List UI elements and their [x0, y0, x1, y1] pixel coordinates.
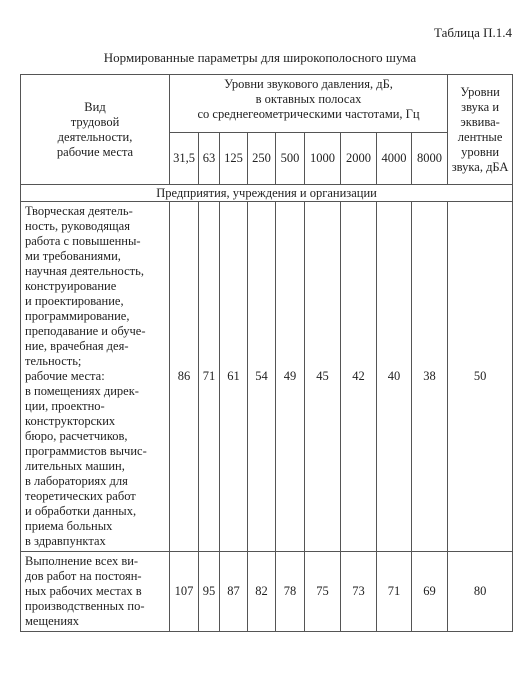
value-cell: 78: [276, 552, 305, 632]
header-frequency-7: 4000: [377, 133, 412, 185]
header-frequency-0: 31,5: [170, 133, 199, 185]
activity-cell: Творческая деятель- ность, руководящая р…: [21, 202, 170, 552]
section-row: Предприятия, учреждения и организации: [21, 185, 513, 202]
table-number: Таблица П.1.4: [434, 25, 512, 41]
value-cell: 75: [305, 552, 341, 632]
header-frequency-group: Уровни звукового давления, дБ, в октавны…: [170, 75, 448, 133]
header-frequency-6: 2000: [341, 133, 377, 185]
header-frequency-5: 1000: [305, 133, 341, 185]
value-cell: 71: [199, 202, 220, 552]
value-cell: 71: [377, 552, 412, 632]
value-cell: 95: [199, 552, 220, 632]
table-row: Выполнение всех ви- дов работ на постоян…: [21, 552, 513, 632]
header-activity: Вид трудовой деятельности, рабочие места: [21, 75, 170, 185]
table-row: Творческая деятель- ность, руководящая р…: [21, 202, 513, 552]
section-title: Предприятия, учреждения и организации: [21, 185, 513, 202]
value-cell: 61: [220, 202, 248, 552]
header-frequency-2: 125: [220, 133, 248, 185]
value-cell: 38: [412, 202, 448, 552]
level-cell: 50: [448, 202, 513, 552]
activity-cell: Выполнение всех ви- дов работ на постоян…: [21, 552, 170, 632]
header-frequency-3: 250: [248, 133, 276, 185]
value-cell: 42: [341, 202, 377, 552]
value-cell: 107: [170, 552, 199, 632]
value-cell: 40: [377, 202, 412, 552]
value-cell: 49: [276, 202, 305, 552]
table-caption: Нормированные параметры для широкополосн…: [0, 50, 520, 66]
header-sound-level: Уровни звука и эквива- лентные уровни зв…: [448, 75, 513, 185]
value-cell: 87: [220, 552, 248, 632]
value-cell: 54: [248, 202, 276, 552]
noise-norms-table: Вид трудовой деятельности, рабочие места…: [20, 74, 513, 632]
level-cell: 80: [448, 552, 513, 632]
header-frequency-4: 500: [276, 133, 305, 185]
value-cell: 82: [248, 552, 276, 632]
value-cell: 45: [305, 202, 341, 552]
header-frequency-8: 8000: [412, 133, 448, 185]
header-frequency-1: 63: [199, 133, 220, 185]
header-row-1: Вид трудовой деятельности, рабочие места…: [21, 75, 513, 133]
value-cell: 69: [412, 552, 448, 632]
value-cell: 73: [341, 552, 377, 632]
value-cell: 86: [170, 202, 199, 552]
